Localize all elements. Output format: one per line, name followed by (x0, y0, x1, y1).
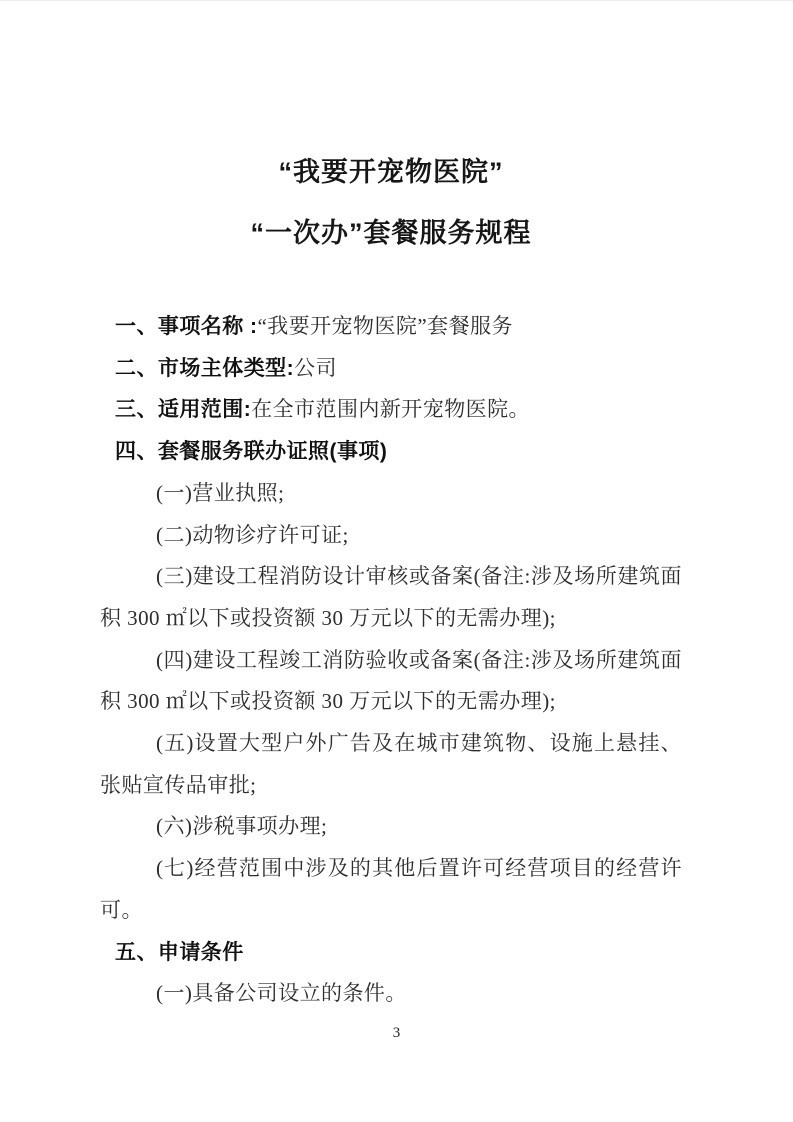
section-heading-entity-type: 二、市场主体类型:公司 (100, 348, 682, 390)
list-item: (七)经营范围中涉及的其他后置许可经营项目的经营许可。 (100, 848, 682, 931)
document-title-line1: “我要开宠物医院” (100, 142, 682, 203)
section-heading-value: “我要开宠物医院”套餐服务 (257, 314, 513, 338)
document-body: 一、事项名称 :“我要开宠物医院”套餐服务 二、市场主体类型:公司 三、适用范围… (100, 306, 682, 1015)
document-title: “我要开宠物医院” “一次办”套餐服务规程 (100, 142, 682, 264)
list-item: (三)建设工程消防设计审核或备案(备注:涉及场所建筑面积 300 ㎡以下或投资额… (100, 556, 682, 639)
section-heading-label: 五、申请条件 (115, 941, 244, 964)
section-heading-licenses: 四、套餐服务联办证照(事项) (100, 431, 682, 473)
list-item: (六)涉税事项办理; (100, 806, 682, 848)
document-title-line2: “一次办”套餐服务规程 (100, 203, 682, 264)
section-heading-conditions: 五、申请条件 (100, 932, 682, 974)
section-heading-value: 在全市范围内新开宠物医院。 (251, 397, 530, 421)
list-item: (一)具备公司设立的条件。 (100, 973, 682, 1015)
section-heading-label: 二、市场主体类型: (115, 357, 294, 380)
section-heading-value: 公司 (294, 356, 337, 380)
section-heading-scope: 三、适用范围:在全市范围内新开宠物医院。 (100, 389, 682, 431)
section-heading-label: 一、事项名称 : (115, 315, 257, 338)
list-item: (二)动物诊疗许可证; (100, 515, 682, 557)
section-heading-label: 三、适用范围: (115, 398, 251, 421)
section-heading-item-name: 一、事项名称 :“我要开宠物医院”套餐服务 (100, 306, 682, 348)
list-item: (五)设置大型户外广告及在城市建筑物、设施上悬挂、张贴宣传品审批; (100, 723, 682, 806)
page-number: 3 (0, 1023, 793, 1043)
section-heading-label: 四、套餐服务联办证照(事项) (115, 440, 387, 463)
list-item: (一)营业执照; (100, 473, 682, 515)
list-item: (四)建设工程竣工消防验收或备案(备注:涉及场所建筑面积 300 ㎡以下或投资额… (100, 640, 682, 723)
document-page: “我要开宠物医院” “一次办”套餐服务规程 一、事项名称 :“我要开宠物医院”套… (0, 0, 793, 1122)
